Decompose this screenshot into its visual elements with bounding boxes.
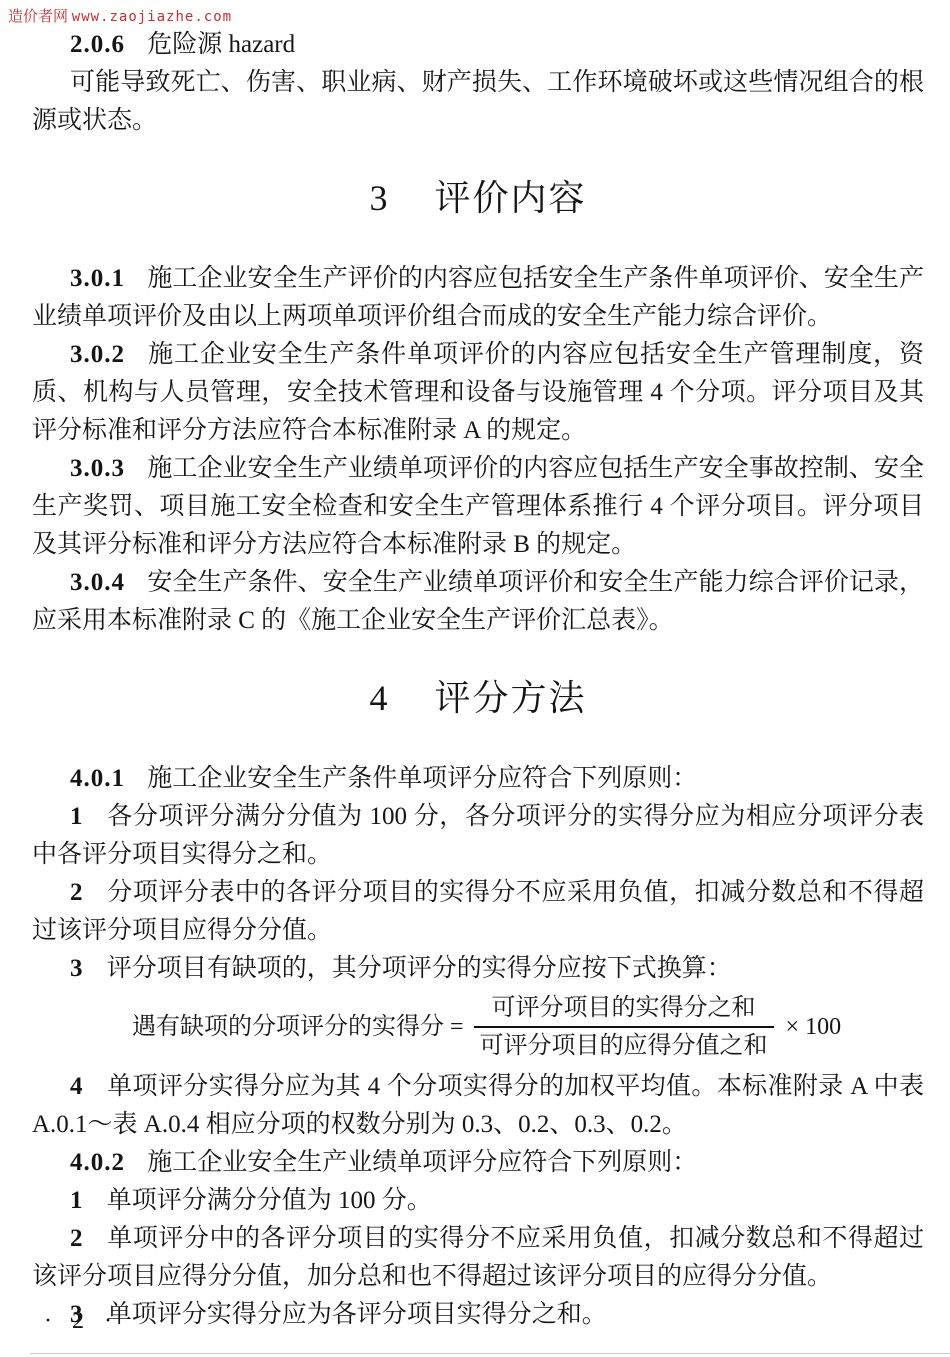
clause-3-0-4-text: 安全生产条件、安全生产业绩单项评价和安全生产能力综合评价记录，应采用本标准附录 … <box>32 569 924 634</box>
clause-4-0-2-item-1: 1 单项评分满分分值为 100 分。 <box>32 1182 924 1220</box>
item-1-number: 1 <box>70 1187 83 1214</box>
term-definition: 可能导致死亡、伤害、职业病、财产损失、工作环境破坏或这些情况组合的根源或状态。 <box>32 64 924 140</box>
section-4-heading-number: 4 <box>369 678 389 718</box>
section-4-heading-title: 评分方法 <box>434 678 586 718</box>
clause-3-0-4: 3.0.4 安全生产条件、安全生产业绩单项评价和安全生产能力综合评价记录，应采用… <box>32 564 924 640</box>
clause-4-0-1-item-1: 1 各分项评分满分分值为 100 分，各分项评分的实得分应为相应分项评分表中各评… <box>32 798 924 874</box>
scan-edge-line <box>30 1353 950 1354</box>
item-2-number: 2 <box>70 1225 83 1252</box>
clause-3-0-3-number: 3.0.3 <box>70 455 125 482</box>
formula-multiplier: × 100 <box>786 1013 842 1041</box>
section-3-heading-title: 评价内容 <box>434 178 586 218</box>
clause-4-0-1-item-3: 3 评分项目有缺项的，其分项评分的实得分应按下式换算： <box>32 950 924 988</box>
section-3-heading: 3 评价内容 <box>32 174 924 222</box>
item-4-number: 4 <box>70 1073 83 1100</box>
clause-4-0-1-text: 施工企业安全生产条件单项评分应符合下列原则： <box>147 765 697 792</box>
formula-equals-sign: = <box>450 1013 464 1041</box>
clause-4-0-2-item-2: 2 单项评分中的各评分项目的实得分不应采用负值，扣减分数总和不得超过该评分项目应… <box>32 1220 924 1296</box>
clause-3-0-1-text: 施工企业安全生产评价的内容应包括安全生产条件单项评价、安全生产业绩单项评价及由以… <box>32 265 924 330</box>
clause-3-0-2: 3.0.2 施工企业安全生产条件单项评价的内容应包括安全生产管理制度，资质、机构… <box>32 336 924 450</box>
item-2-text: 分项评分表中的各评分项目的实得分不应采用负值，扣减分数总和不得超过该评分项目应得… <box>32 879 924 944</box>
clause-2-0-6-number: 2.0.6 <box>70 31 125 58</box>
formula-denominator: 可评分项目的应得分值之和 <box>474 1028 774 1060</box>
clause-4-0-1-item-4: 4 单项评分实得分应为其 4 个分项实得分的加权平均值。本标准附录 A 中表 A… <box>32 1068 924 1144</box>
item-1-number: 1 <box>70 803 83 830</box>
formula-missing-item-conversion: 遇有缺项的分项评分的实得分 = 可评分项目的实得分之和 可评分项目的应得分值之和… <box>132 994 924 1060</box>
clause-4-0-2: 4.0.2 施工企业安全生产业绩单项评分应符合下列原则： <box>32 1144 924 1182</box>
item-1-text: 单项评分满分分值为 100 分。 <box>107 1187 432 1214</box>
clause-3-0-2-number: 3.0.2 <box>70 341 125 368</box>
clause-4-0-2-item-3: 3 单项评分实得分应为各评分项目实得分之和。 <box>32 1296 924 1334</box>
watermark-url: www.zaojiazhe.com <box>72 9 232 25</box>
item-3-text: 单项评分实得分应为各评分项目实得分之和。 <box>107 1301 607 1328</box>
clause-3-0-3-text: 施工企业安全生产业绩单项评价的内容应包括生产安全事故控制、安全生产奖罚、项目施工… <box>32 455 924 558</box>
clause-4-0-2-text: 施工企业安全生产业绩单项评分应符合下列原则： <box>147 1149 697 1176</box>
item-3-text: 评分项目有缺项的，其分项评分的实得分应按下式换算： <box>107 955 732 982</box>
clause-4-0-1-item-2: 2 分项评分表中的各评分项目的实得分不应采用负值，扣减分数总和不得超过该评分项目… <box>32 874 924 950</box>
item-2-text: 单项评分中的各评分项目的实得分不应采用负值，扣减分数总和不得超过该评分项目应得分… <box>32 1225 924 1290</box>
formula-lhs: 遇有缺项的分项评分的实得分 <box>132 1013 444 1041</box>
watermark-site-name: 造价者网 <box>8 9 68 25</box>
watermark: 造价者网 www.zaojiazhe.com <box>8 8 232 26</box>
clause-4-0-1-number: 4.0.1 <box>70 765 125 792</box>
section-4-heading: 4 评分方法 <box>32 674 924 722</box>
clause-4-0-1: 4.0.1 施工企业安全生产条件单项评分应符合下列原则： <box>32 760 924 798</box>
term-title: 危险源 hazard <box>147 31 295 58</box>
item-1-text: 各分项评分满分分值为 100 分，各分项评分的实得分应为相应分项评分表中各评分项… <box>32 803 924 868</box>
page-number: · 2 · <box>44 1308 119 1335</box>
clause-4-0-2-number: 4.0.2 <box>70 1149 125 1176</box>
clause-3-0-4-number: 3.0.4 <box>70 569 125 596</box>
formula-numerator: 可评分项目的实得分之和 <box>474 994 774 1028</box>
item-4-text: 单项评分实得分应为其 4 个分项实得分的加权平均值。本标准附录 A 中表 A.0… <box>32 1073 924 1138</box>
document-page: 造价者网 www.zaojiazhe.com 2.0.6 危险源 hazard … <box>0 0 950 1357</box>
clause-2-0-6: 2.0.6 危险源 hazard <box>32 26 924 64</box>
clause-3-0-1: 3.0.1 施工企业安全生产评价的内容应包括安全生产条件单项评价、安全生产业绩单… <box>32 260 924 336</box>
item-2-number: 2 <box>70 879 83 906</box>
item-3-number: 3 <box>70 955 83 982</box>
section-3-heading-number: 3 <box>369 178 389 218</box>
clause-3-0-2-text: 施工企业安全生产条件单项评价的内容应包括安全生产管理制度，资质、机构与人员管理，… <box>32 341 924 444</box>
formula-fraction: 可评分项目的实得分之和 可评分项目的应得分值之和 <box>474 994 774 1060</box>
clause-3-0-3: 3.0.3 施工企业安全生产业绩单项评价的内容应包括生产安全事故控制、安全生产奖… <box>32 450 924 564</box>
clause-3-0-1-number: 3.0.1 <box>70 265 125 292</box>
